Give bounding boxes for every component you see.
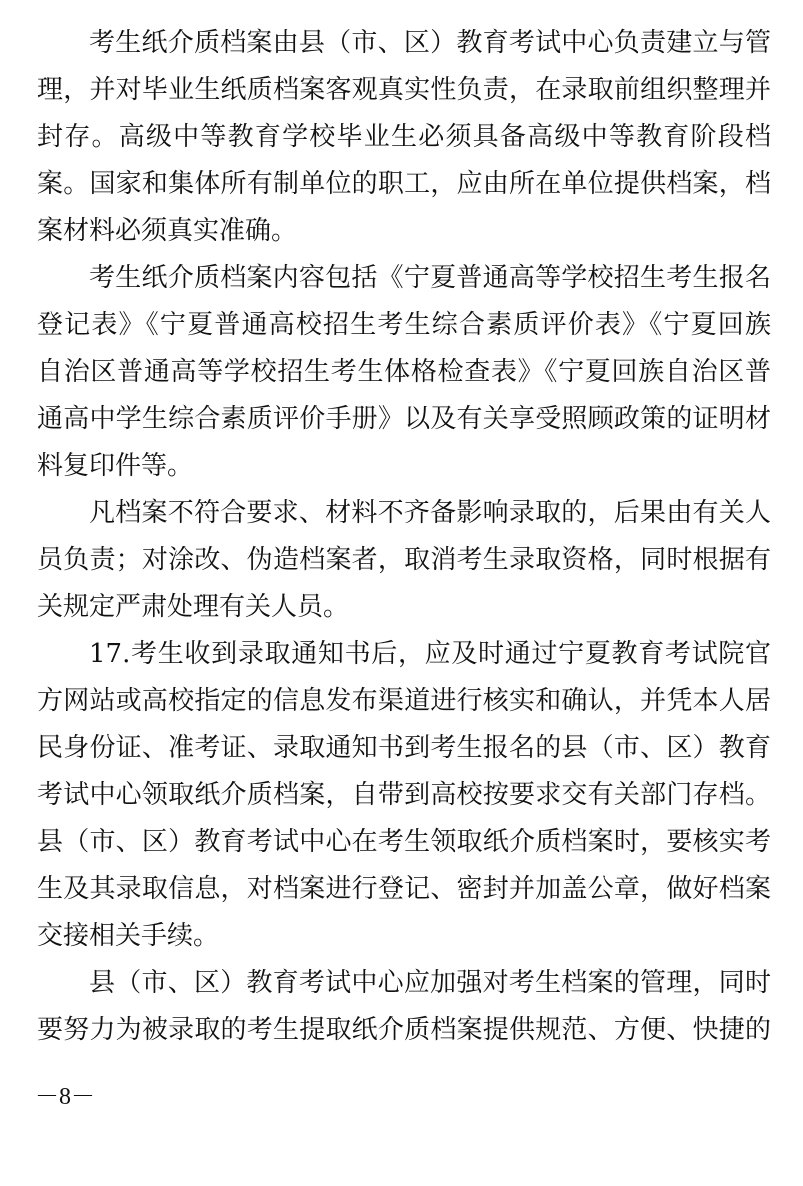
paragraph-1-line-5: 案材料必须真实准确。 — [37, 211, 771, 251]
paragraph-5-line-1: 县（市、区）教育考试中心应加强对考生档案的管理，同时 — [89, 963, 771, 1003]
page-number: －8－ — [35, 1082, 95, 1112]
paragraph-2-line-5: 料复印件等。 — [37, 446, 771, 486]
paragraph-1-line-2: 理，并对毕业生纸质档案客观真实性负责，在录取前组织整理并 — [37, 70, 771, 110]
paragraph-3-line-3: 关规定严肃处理有关人员。 — [37, 587, 771, 627]
paragraph-1-line-4: 案。国家和集体所有制单位的职工，应由所在单位提供档案，档 — [37, 164, 771, 204]
paragraph-3-line-2: 员负责；对涂改、伪造档案者，取消考生录取资格，同时根据有 — [37, 540, 771, 580]
paragraph-2-line-2: 登记表》《宁夏普通高校招生考生综合素质评价表》《宁夏回族 — [37, 305, 771, 345]
paragraph-3-line-1: 凡档案不符合要求、材料不齐备影响录取的，后果由有关人 — [89, 493, 771, 533]
paragraph-4-line-6: 生及其录取信息，对档案进行登记、密封并加盖公章，做好档案 — [37, 869, 771, 909]
paragraph-5-line-2: 要努力为被录取的考生提取纸介质档案提供规范、方便、快捷的 — [37, 1010, 771, 1050]
paragraph-4-line-1: 17.考生收到录取通知书后，应及时通过宁夏教育考试院官 — [89, 634, 771, 674]
paragraph-2-line-3: 自治区普通高等学校招生考生体格检查表》《宁夏回族自治区普 — [37, 352, 771, 392]
document-page: 考生纸介质档案由县（市、区）教育考试中心负责建立与管 理，并对毕业生纸质档案客观… — [0, 0, 803, 1186]
paragraph-4-line-3: 民身份证、准考证、录取通知书到考生报名的县（市、区）教育 — [37, 728, 771, 768]
paragraph-2-line-1: 考生纸介质档案内容包括《宁夏普通高等学校招生考生报名 — [89, 258, 771, 298]
paragraph-1-line-3: 封存。高级中等教育学校毕业生必须具备高级中等教育阶段档 — [37, 117, 771, 157]
paragraph-4-line-4: 考试中心领取纸介质档案，自带到高校按要求交有关部门存档。 — [37, 775, 771, 815]
paragraph-4-line-5: 县（市、区）教育考试中心在考生领取纸介质档案时，要核实考 — [37, 822, 771, 862]
paragraph-1-line-1: 考生纸介质档案由县（市、区）教育考试中心负责建立与管 — [89, 23, 771, 63]
paragraph-2-line-4: 通高中学生综合素质评价手册》以及有关享受照顾政策的证明材 — [37, 399, 771, 439]
paragraph-4-line-2: 方网站或高校指定的信息发布渠道进行核实和确认，并凭本人居 — [37, 681, 771, 721]
paragraph-4-line-7: 交接相关手续。 — [37, 916, 771, 956]
